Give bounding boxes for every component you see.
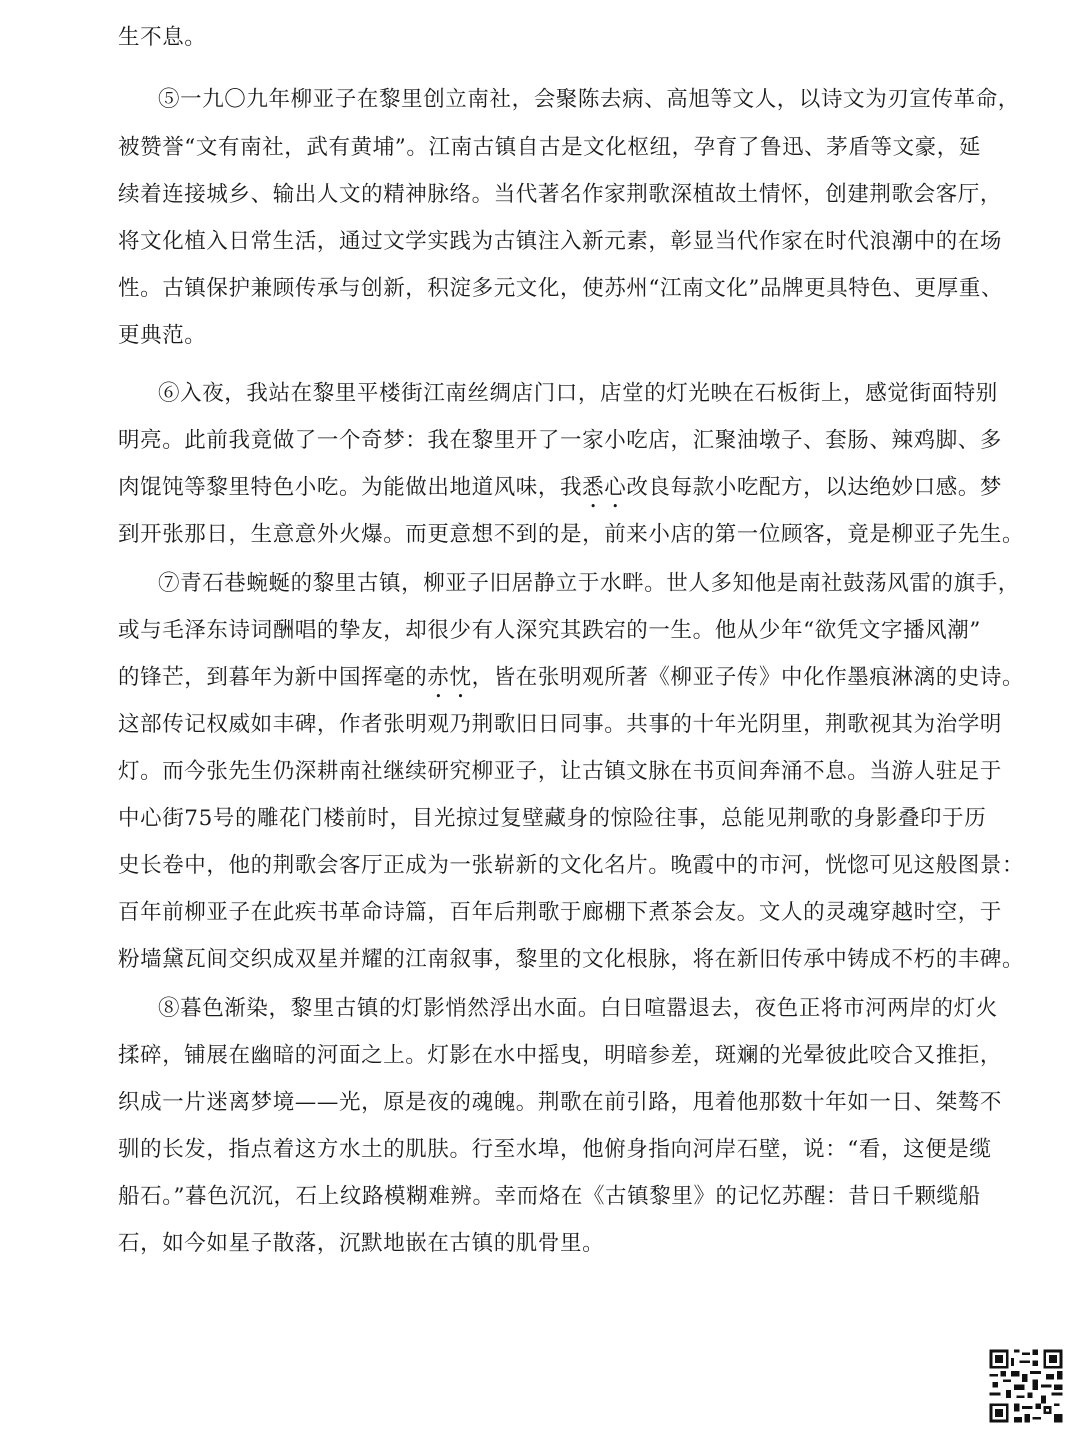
text-line: 明亮。此前我竟做了一个奇梦：我在黎里开了一家小吃店，汇聚油墩子、套肠、辣鸡脚、多 <box>118 427 968 455</box>
emphasized-word: 赤忱 <box>427 665 471 690</box>
text-line: 性。古镇保护兼顾传承与创新，积淀多元文化，使苏州“江南文化”品牌更具特色、更厚重… <box>118 275 968 303</box>
text-line: 驯的长发，指点着这方水土的肌肤。行至水埠，他俯身指向河岸石壁，说：“看，这便是缆 <box>118 1136 968 1164</box>
text-line: 的锋芒，到暮年为新中国挥毫的赤忱，皆在张明观所著《柳亚子传》中化作墨痕淋漓的史诗… <box>118 664 968 703</box>
text-line: 续着连接城乡、输出人文的精神脉络。当代著名作家荆歌深植故土情怀，创建荆歌会客厅， <box>118 181 968 209</box>
text-line: 灯。而今张先生仍深耕南社继续研究柳亚子，让古镇文脉在书页间奔涌不息。当游人驻足于 <box>118 758 968 786</box>
text-line: 中心街75号的雕花门楼前时，目光掠过复壁藏身的惊险往事，总能见荆歌的身影叠印于历 <box>118 805 968 833</box>
text-line: ⑥入夜，我站在黎里平楼街江南丝绸店门口，店堂的灯光映在石板街上，感觉街面特别 <box>158 380 968 408</box>
text-line: ⑦青石巷蜿蜒的黎里古镇，柳亚子旧居静立于水畔。世人多知他是南社鼓荡风雷的旗手， <box>158 570 968 598</box>
text-line: ⑧暮色渐染，黎里古镇的灯影悄然浮出水面。白日喧嚣退去，夜色正将市河两岸的灯火 <box>158 995 968 1023</box>
qr-code-icon[interactable] <box>987 1347 1065 1425</box>
text-line: ⑤一九〇九年柳亚子在黎里创立南社，会聚陈去病、高旭等文人，以诗文为刃宣传革命， <box>158 86 968 114</box>
text-line: 石，如今如星子散落，沉默地嵌在古镇的肌骨里。 <box>118 1230 968 1258</box>
text-line: 织成一片迷离梦境——光，原是夜的魂魄。荆歌在前引路，甩着他那数十年如一日、桀骜不 <box>118 1089 968 1117</box>
text-line: 被赞誉“文有南社，武有黄埔”。江南古镇自古是文化枢纽，孕育了鲁迅、茅盾等文豪，延 <box>118 134 968 162</box>
text-line: 生不息。 <box>118 24 968 52</box>
exam-page: 生不息。⑤一九〇九年柳亚子在黎里创立南社，会聚陈去病、高旭等文人，以诗文为刃宣传… <box>0 0 1080 1439</box>
text-line: 这部传记权威如丰碑，作者张明观乃荆歌旧日同事。共事的十年光阴里，荆歌视其为治学明 <box>118 711 968 739</box>
text-line: 史长卷中，他的荆歌会客厅正成为一张崭新的文化名片。晚霞中的市河，恍惚可见这般图景… <box>118 852 968 880</box>
text-line: 船石。”暮色沉沉，石上纹路模糊难辨。幸而烙在《古镇黎里》的记忆苏醒：昔日千颗缆船 <box>118 1183 968 1211</box>
text-line: 肉馄饨等黎里特色小吃。为能做出地道风味，我悉心改良每款小吃配方，以达绝妙口感。梦 <box>118 474 968 513</box>
text-line: 将文化植入日常生活，通过文学实践为古镇注入新元素，彰显当代作家在时代浪潮中的在场 <box>118 228 968 256</box>
text-line: 到开张那日，生意意外火爆。而更意想不到的是，前来小店的第一位顾客，竟是柳亚子先生… <box>118 521 968 549</box>
text-line: 揉碎，铺展在幽暗的河面之上。灯影在水中摇曳，明暗参差，斑斓的光晕彼此咬合又推拒， <box>118 1042 968 1070</box>
text-line: 或与毛泽东诗词酬唱的挚友，却很少有人深究其跌宕的一生。他从少年“欲凭文字播风潮” <box>118 617 968 645</box>
text-line: 粉墙黛瓦间交织成双星并耀的江南叙事，黎里的文化根脉，将在新旧传承中铸成不朽的丰碑… <box>118 946 968 974</box>
text-line: 百年前柳亚子在此疾书革命诗篇，百年后荆歌于廊棚下煮茶会友。文人的灵魂穿越时空，于 <box>118 899 968 927</box>
emphasized-word: 悉心 <box>582 475 626 500</box>
text-line: 更典范。 <box>118 322 968 350</box>
